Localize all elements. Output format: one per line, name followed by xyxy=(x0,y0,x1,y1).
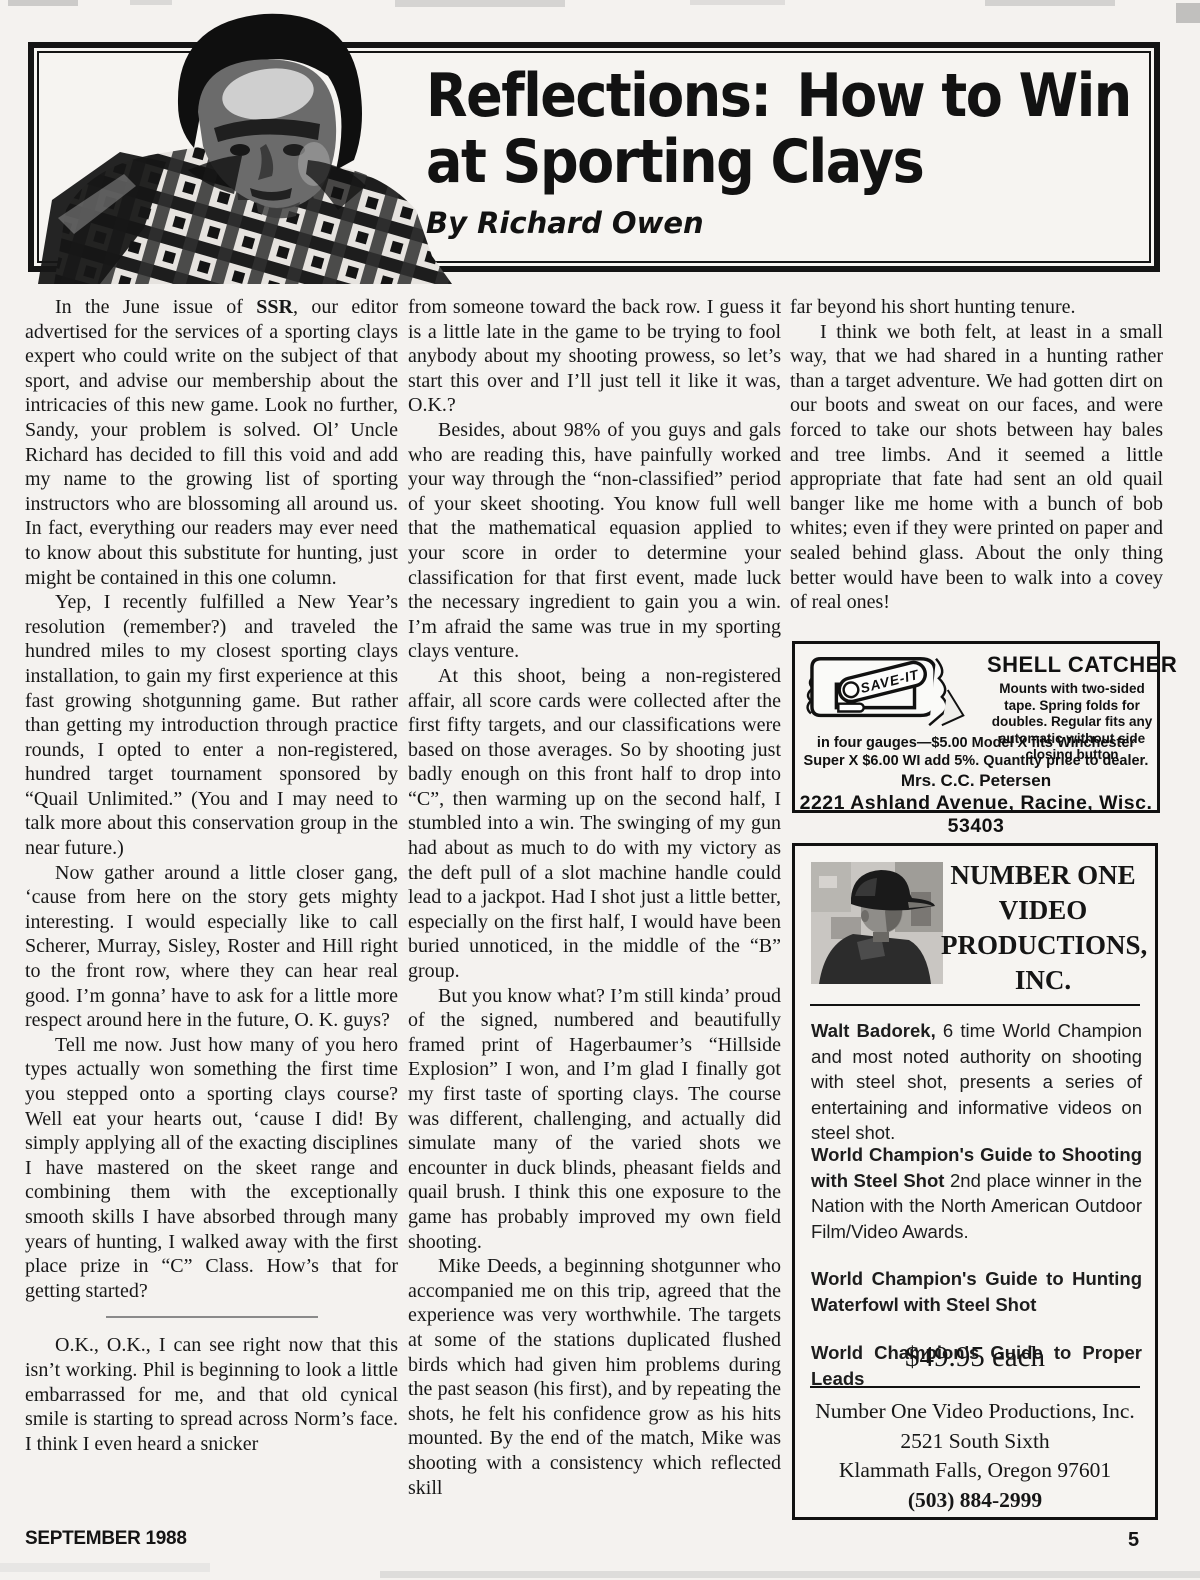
scan-artifact xyxy=(380,1571,1200,1578)
magazine-page: Reflections:How to Win at Sporting Clays… xyxy=(0,0,1200,1580)
video-ad-address-line: Klammath Falls, Oregon 97601 xyxy=(795,1456,1155,1486)
title-word-howtowin: How to Win xyxy=(796,61,1130,130)
paragraph: from someone toward the back row. I gues… xyxy=(408,295,781,418)
video-ad-intro: Walt Badorek, 6 time World Champion and … xyxy=(811,1018,1142,1146)
video-ad-address: Number One Video Productions, Inc. 2521 … xyxy=(795,1397,1155,1515)
article-column-2: from someone toward the back row. I gues… xyxy=(408,295,781,1500)
walt-badorek-photo xyxy=(811,862,943,984)
paragraph: But you know what? I’m still kinda’ prou… xyxy=(408,984,781,1255)
video-ad-item-2: World Champion's Guide to Hunting Waterf… xyxy=(811,1266,1142,1317)
paragraph: Mike Deeds, a beginning shotgunner who a… xyxy=(408,1254,781,1500)
paragraph: Besides, about 98% of you guys and gals … xyxy=(408,418,781,664)
article-column-3: far beyond his short hunting tenure. I t… xyxy=(790,295,1163,615)
article-title-block: Reflections:How to Win at Sporting Clays… xyxy=(426,60,1146,240)
paragraph: In the June issue of SSR, our editor adv… xyxy=(25,295,398,590)
scan-artifact xyxy=(690,0,785,5)
video-ad-title: NUMBER ONE VIDEO PRODUCTIONS, INC. xyxy=(941,858,1145,998)
paragraph: I think we both felt, at least in a smal… xyxy=(790,320,1163,615)
video-ad-rule-bottom xyxy=(810,1386,1140,1388)
shell-ad-contact-name: Mrs. C.C. Petersen xyxy=(795,771,1157,791)
shell-ad-title: SHELL CATCHER xyxy=(987,652,1157,678)
shell-catcher-illustration: SAVE-IT xyxy=(801,649,987,733)
paragraph: O.K., O.K., I can see right now that thi… xyxy=(25,1333,398,1456)
paragraph: far beyond his short hunting tenure. xyxy=(790,295,1163,320)
title-word-reflections: Reflections: xyxy=(426,61,770,130)
footer-issue-date: SEPTEMBER 1988 xyxy=(25,1528,187,1550)
paragraph: At this shoot, being a non-registered af… xyxy=(408,664,781,984)
page-number: 5 xyxy=(1128,1529,1139,1552)
paragraph: Now gather around a little closer gang, … xyxy=(25,861,398,1033)
video-ad-price: $49.95 each xyxy=(795,1341,1155,1374)
article-column-1: In the June issue of SSR, our editor adv… xyxy=(25,295,398,1456)
section-divider xyxy=(106,1316,318,1318)
shell-catcher-ad: SAVE-IT SHELL CATCHER Mounts with two-si… xyxy=(792,641,1160,813)
video-ad-phone: (503) 884-2999 xyxy=(795,1486,1155,1516)
scan-artifact xyxy=(0,1563,210,1572)
shell-ad-pricing: in four gauges—$5.00 Model X fits Winche… xyxy=(803,734,1149,770)
paragraph: Tell me now. Just how many of you hero t… xyxy=(25,1033,398,1304)
shell-ad-address: 2221 Ashland Avenue, Racine, Wisc. 53403 xyxy=(795,792,1157,838)
page-title-line1: Reflections:How to Win xyxy=(426,60,1146,133)
paragraph: Yep, I recently fulfilled a New Year’s r… xyxy=(25,590,398,861)
scan-artifact xyxy=(985,0,1115,6)
byline: By Richard Owen xyxy=(426,206,1146,240)
author-photo xyxy=(28,4,452,284)
video-ad-item-1: World Champion's Guide to Shooting with … xyxy=(811,1142,1142,1244)
video-ad-rule-top xyxy=(810,1004,1140,1006)
scan-artifact xyxy=(1176,3,1200,23)
video-productions-ad: NUMBER ONE VIDEO PRODUCTIONS, INC. Walt … xyxy=(792,843,1158,1520)
page-title-line2: at Sporting Clays xyxy=(426,126,1146,199)
video-ad-address-line: Number One Video Productions, Inc. xyxy=(795,1397,1155,1427)
video-ad-address-line: 2521 South Sixth xyxy=(795,1427,1155,1457)
